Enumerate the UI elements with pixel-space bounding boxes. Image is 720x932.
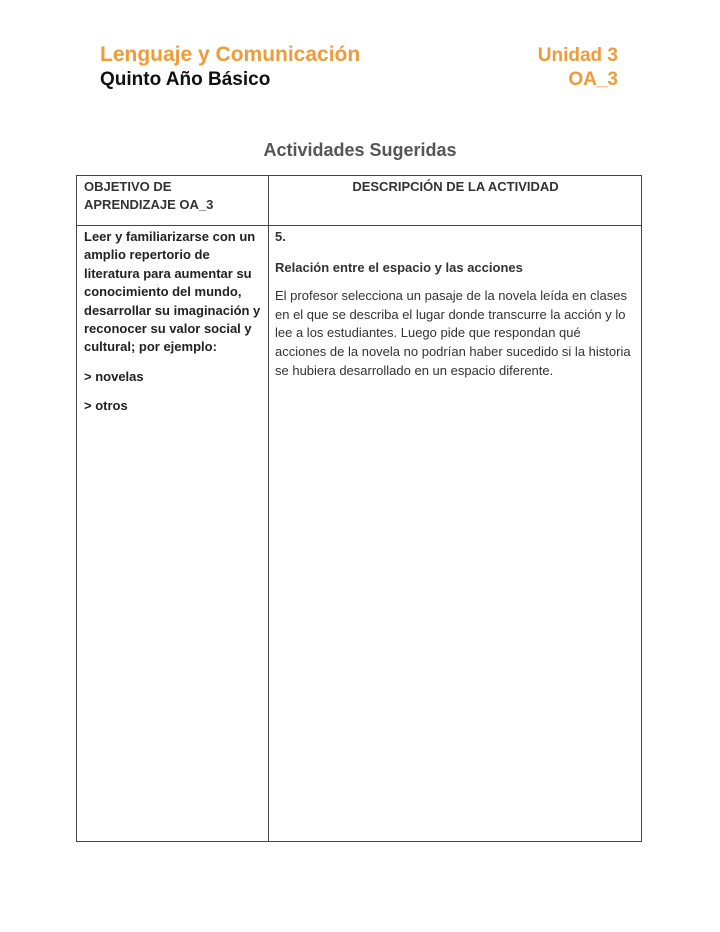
objective-text: Leer y familiarizarse con un amplio repe… xyxy=(84,228,266,357)
objective-item: > novelas xyxy=(84,368,266,386)
column-divider xyxy=(268,176,269,841)
activity-description: El profesor selecciona un pasaje de la n… xyxy=(275,287,635,380)
subject-title: Lenguaje y Comunicación xyxy=(100,42,360,68)
grade-level: Quinto Año Básico xyxy=(100,68,360,92)
column-header-objective: OBJETIVO DE APRENDIZAJE OA_3 xyxy=(84,178,264,214)
objective-item: > otros xyxy=(84,397,266,415)
activity-cell: 5. Relación entre el espacio y las accio… xyxy=(275,228,635,380)
document-header-right: Unidad 3 OA_3 xyxy=(538,44,618,92)
activity-title: Relación entre el espacio y las acciones xyxy=(275,259,635,278)
unit-label: Unidad 3 xyxy=(538,44,618,68)
column-header-description: DESCRIPCIÓN DE LA ACTIVIDAD xyxy=(270,178,641,196)
activity-number: 5. xyxy=(275,228,635,247)
objective-code: OA_3 xyxy=(538,68,618,92)
activities-table: OBJETIVO DE APRENDIZAJE OA_3 DESCRIPCIÓN… xyxy=(76,175,642,842)
document-header-left: Lenguaje y Comunicación Quinto Año Básic… xyxy=(100,42,360,92)
header-row-divider xyxy=(77,225,641,226)
page-title: Actividades Sugeridas xyxy=(0,140,720,161)
objective-cell: Leer y familiarizarse con un amplio repe… xyxy=(84,228,266,427)
